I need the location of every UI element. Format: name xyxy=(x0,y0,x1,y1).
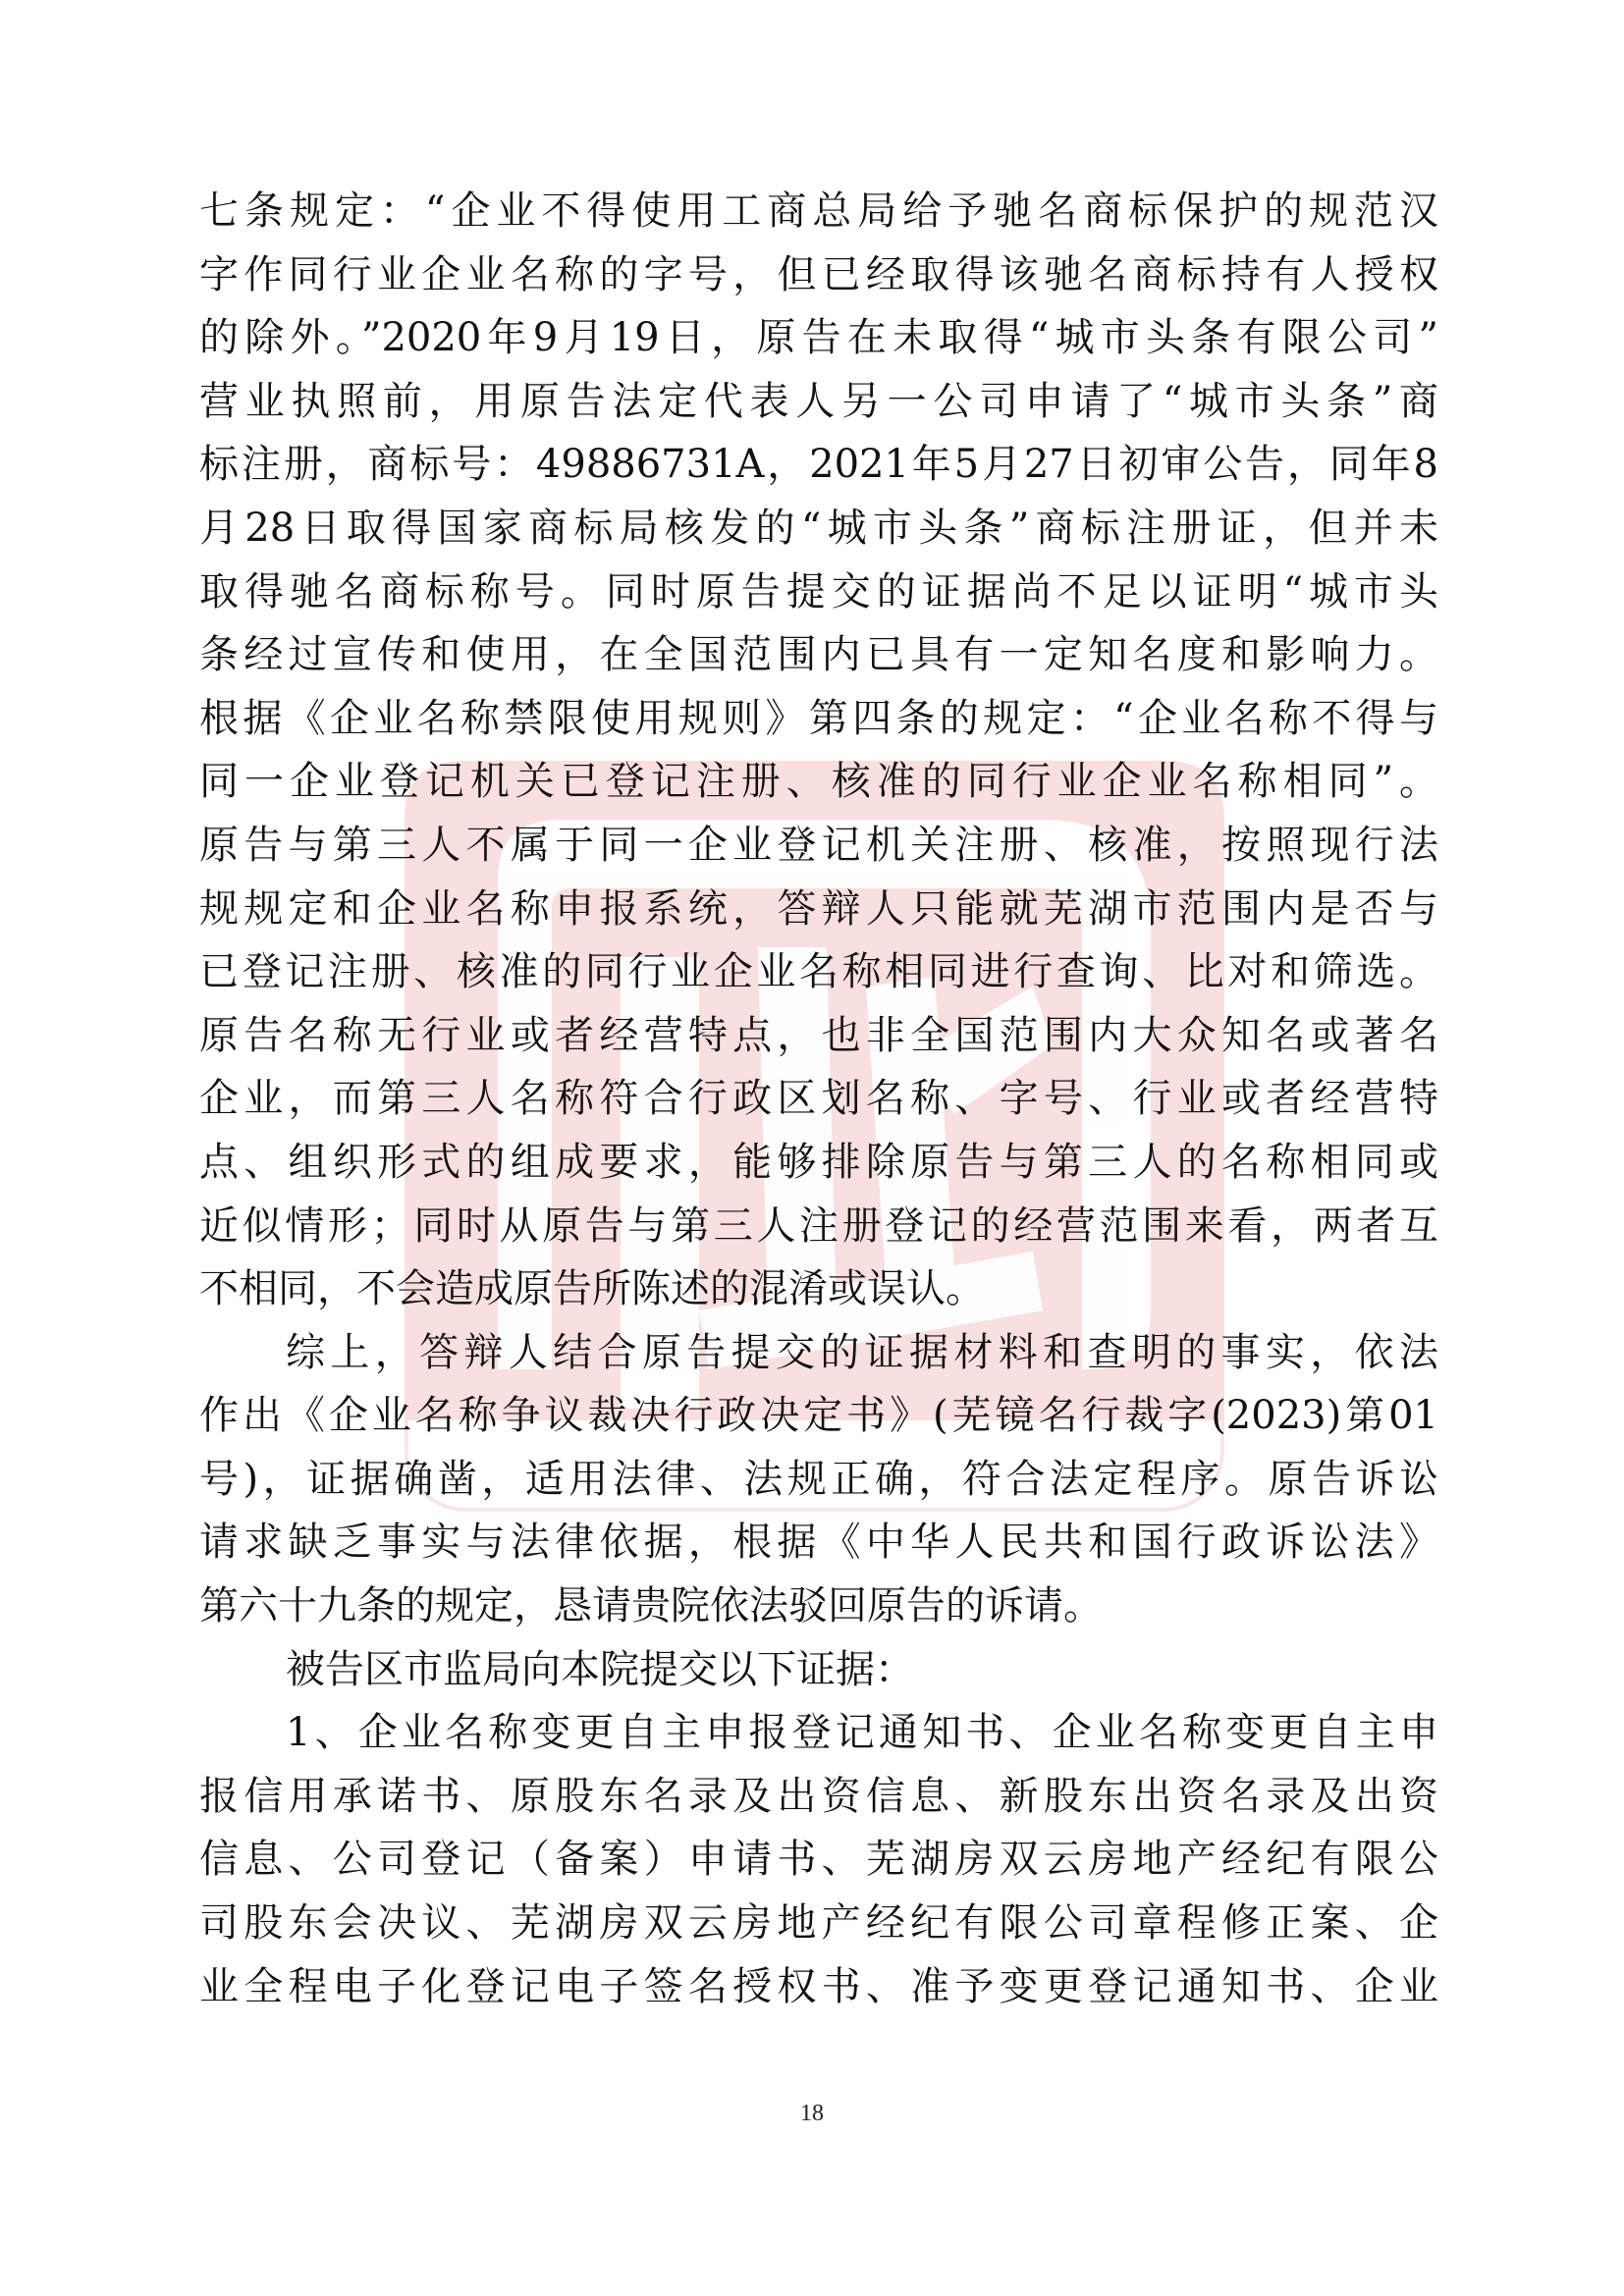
text-line: 条经过宣传和使用，在全国范围内已具有一定知名度和影响力。 xyxy=(199,623,1438,687)
text-line: 标注册，商标号：49886731A，2021年5月27日初审公告，同年8 xyxy=(199,433,1438,497)
text-line: 司股东会决议、芜湖房双云房地产经纪有限公司章程修正案、企 xyxy=(199,1892,1438,1955)
text-line: 已登记注册、核准的同行业企业名称相同进行查询、比对和筛选。 xyxy=(199,940,1438,1004)
text-line: 业全程电子化登记电子签名授权书、准予变更登记通知书、企业 xyxy=(199,1955,1438,2019)
text-line: 字作同行业企业名称的字号，但已经取得该驰名商标持有人授权 xyxy=(199,243,1438,307)
text-line: 点、组织形式的组成要求，能够排除原告与第三人的名称相同或 xyxy=(199,1131,1438,1195)
evidence-heading-line: 被告区市监局向本院提交以下证据： xyxy=(199,1638,1438,1702)
paragraph-start-line: 综上，答辩人结合原告提交的证据材料和查明的事实，依法 xyxy=(199,1321,1438,1385)
text-line: 企业，而第三人名称符合行政区划名称、字号、行业或者经营特 xyxy=(199,1067,1438,1131)
page-number: 18 xyxy=(0,2101,1624,2127)
text-line: 报信用承诺书、原股东名录及出资信息、新股东出资名录及出资 xyxy=(199,1765,1438,1829)
text-line: 取得驰名商标称号。同时原告提交的证据尚不足以证明“城市头 xyxy=(199,561,1438,624)
text-line: 营业执照前，用原告法定代表人另一公司申请了“城市头条”商 xyxy=(199,370,1438,434)
evidence-item-start-line: 1、企业名称变更自主申报登记通知书、企业名称变更自主申 xyxy=(199,1701,1438,1765)
paragraph-end-line: 第六十九条的规定，恳请贵院依法驳回原告的诉请。 xyxy=(199,1575,1438,1638)
text-line: 原告名称无行业或者经营特点，也非全国范围内大众知名或著名 xyxy=(199,1004,1438,1068)
text-line: 请求缺乏事实与法律依据，根据《中华人民共和国行政诉讼法》 xyxy=(199,1511,1438,1575)
text-line: 作出《企业名称争议裁决行政决定书》(芜镜名行裁字(2023)第01 xyxy=(199,1384,1438,1448)
paragraph-end-line: 不相同，不会造成原告所陈述的混淆或误认。 xyxy=(199,1257,1438,1321)
text-line: 近似情形；同时从原告与第三人注册登记的经营范围来看，两者互 xyxy=(199,1195,1438,1258)
text-line: 号)，证据确凿，适用法律、法规正确，符合法定程序。原告诉讼 xyxy=(199,1448,1438,1512)
text-line: 七条规定：“企业不得使用工商总局给予驰名商标保护的规范汉 xyxy=(199,180,1438,243)
text-line: 根据《企业名称禁限使用规则》第四条的规定：“企业名称不得与 xyxy=(199,687,1438,751)
document-body: 七条规定：“企业不得使用工商总局给予驰名商标保护的规范汉 字作同行业企业名称的字… xyxy=(199,180,1438,2018)
text-line: 信息、公司登记（备案）申请书、芜湖房双云房地产经纪有限公 xyxy=(199,1828,1438,1892)
text-line: 原告与第三人不属于同一企业登记机关注册、核准，按照现行法 xyxy=(199,814,1438,878)
text-line: 同一企业登记机关已登记注册、核准的同行业企业名称相同”。 xyxy=(199,750,1438,814)
text-line: 的除外。”2020年9月19日，原告在未取得“城市头条有限公司” xyxy=(199,306,1438,370)
text-line: 规规定和企业名称申报系统，答辩人只能就芜湖市范围内是否与 xyxy=(199,878,1438,941)
text-line: 月28日取得国家商标局核发的“城市头条”商标注册证，但并未 xyxy=(199,497,1438,561)
